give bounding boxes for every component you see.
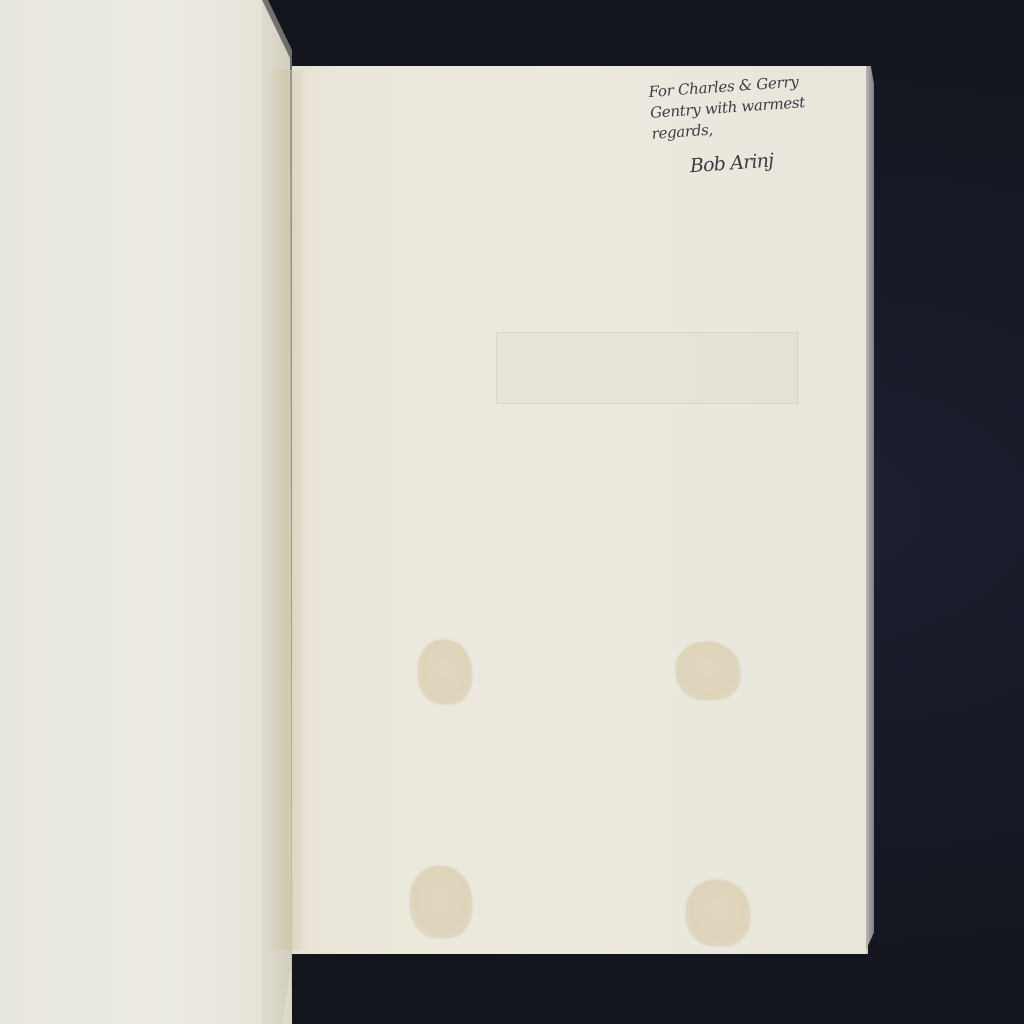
right-page <box>292 66 866 954</box>
right-page-edge <box>866 66 874 950</box>
tape-residue-bottom-left <box>410 866 472 938</box>
handwritten-inscription: For Charles & Gerry Gentry with warmest … <box>648 67 869 180</box>
book-gutter <box>268 70 302 950</box>
faint-offset-impression <box>496 332 798 404</box>
tape-residue-top-right <box>676 642 740 700</box>
left-endpaper <box>0 0 292 1024</box>
tape-residue-top-left <box>418 640 472 704</box>
tape-residue-bottom-right <box>686 880 750 946</box>
